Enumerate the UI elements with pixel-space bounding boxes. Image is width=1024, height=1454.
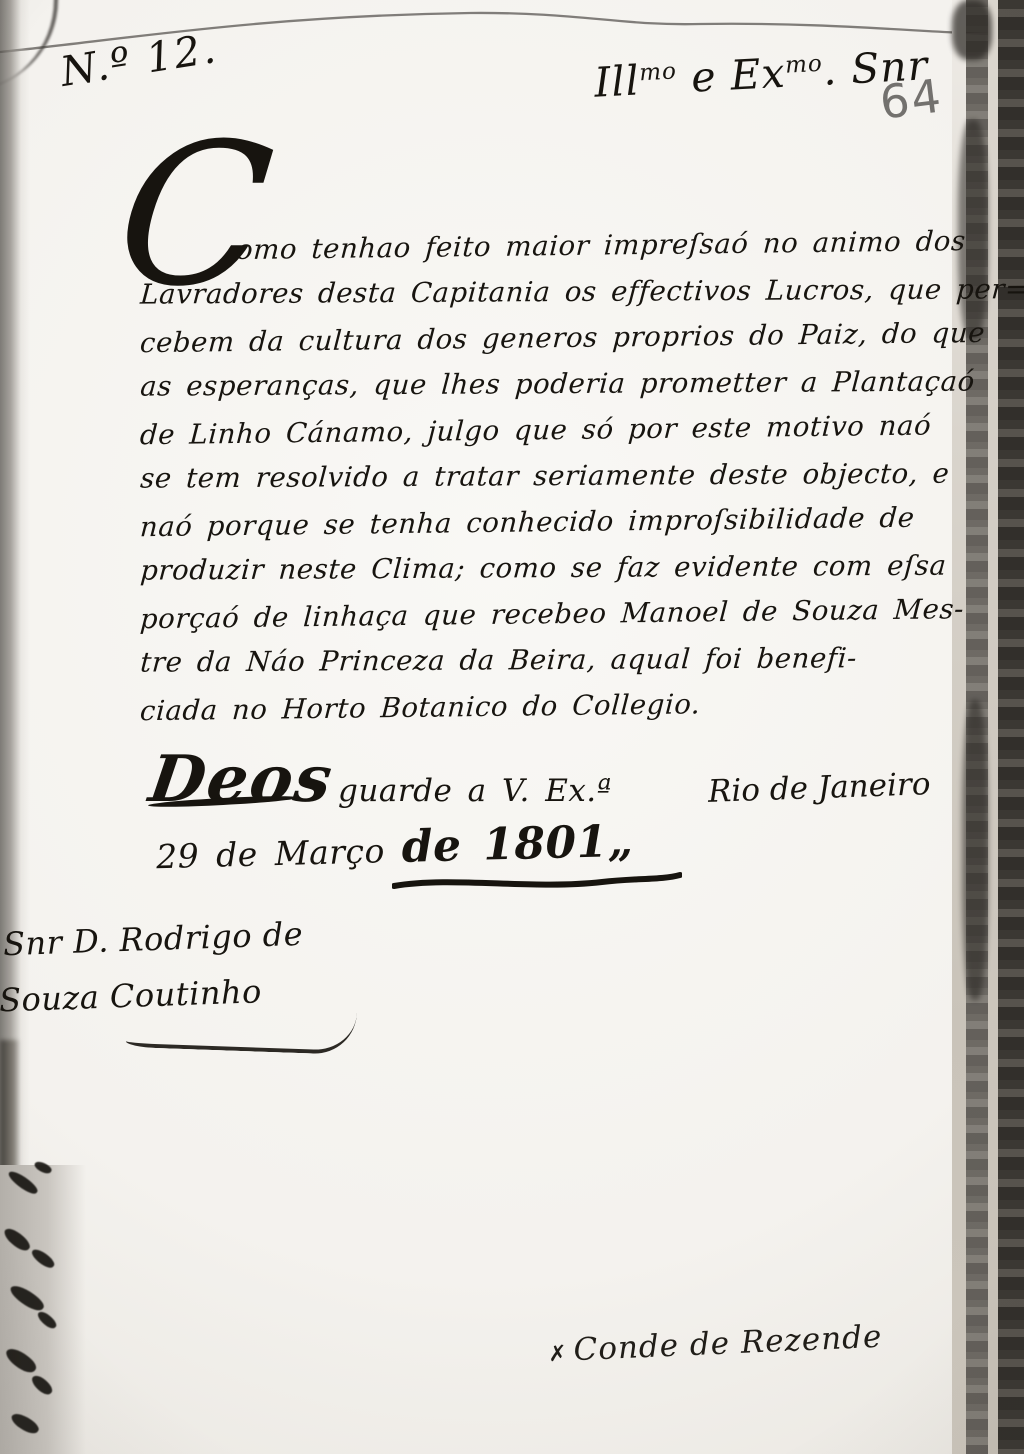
ink-bleed-mark	[29, 1372, 54, 1398]
manuscript-line: de Linho Cánamo, julgo que só por este m…	[138, 409, 993, 465]
manuscript-line: ciada no Horto Botanico do Collegio.	[138, 685, 993, 741]
manuscript-line: produzir neste Clima; como se faz eviden…	[138, 549, 993, 600]
salutation-superscript: mo	[639, 58, 678, 86]
facing-page-bleed	[0, 1165, 86, 1454]
ink-bleed-mark	[36, 1309, 59, 1331]
closing-formula: Deos guarde a V. Ex.ª Rio de Janeiro	[150, 742, 990, 817]
pencil-page-number: 64	[877, 68, 946, 129]
signature-rubric-icon: ✗	[548, 1341, 569, 1367]
page-edge-strip	[998, 0, 1024, 1454]
date-year: de 1801„	[401, 816, 634, 873]
ink-bleed-mark	[6, 1168, 40, 1198]
manuscript-line: tre da Náo Princeza da Beira, aqual foi …	[138, 641, 993, 692]
flourish-underline	[392, 872, 682, 894]
ink-bleed-mark	[30, 1246, 57, 1271]
letter-body: omo tenhao feito maior impreſsaó no anim…	[140, 230, 992, 736]
ink-bleed-mark	[8, 1281, 47, 1315]
date-prefix: 29 de Março	[156, 831, 403, 876]
manuscript-line: porçaó de linhaça que recebeo Manoel de …	[138, 593, 993, 649]
salutation-part: Ill	[593, 56, 641, 106]
salutation-superscript: mo	[784, 51, 823, 79]
manuscript-line: cebem da cultura dos generos proprios do…	[138, 317, 993, 373]
salutation-part: e Ex	[676, 49, 787, 103]
manuscript-line: as esperanças, que lhes poderia promette…	[138, 365, 993, 416]
manuscript-line: omo tenhao feito maior impreſsaó no anim…	[138, 225, 993, 281]
manuscript-line: naó porque se tenha conhecido improſsibi…	[138, 501, 993, 557]
ink-bleed-mark	[9, 1410, 41, 1438]
closing-place: Rio de Janeiro	[707, 766, 931, 810]
closing-guard-phrase: guarde a V. Ex.ª	[338, 773, 612, 809]
manuscript-line: Lavradores desta Capitania os effectivos…	[138, 273, 993, 324]
manuscript-line: se tem resolvido a tratar seriamente des…	[138, 457, 993, 508]
manuscript-photo: N.º 12. Illmo e Exmo. Snr 64 C omo tenha…	[0, 0, 1024, 1454]
ink-bleed-mark	[3, 1344, 39, 1377]
ink-bleed-mark	[2, 1225, 33, 1255]
addressee-block: Snr D. Rodrigo de Souza Coutinho	[2, 915, 305, 1019]
edge-smudge	[952, 0, 992, 60]
flourish-stroke	[126, 1005, 357, 1055]
